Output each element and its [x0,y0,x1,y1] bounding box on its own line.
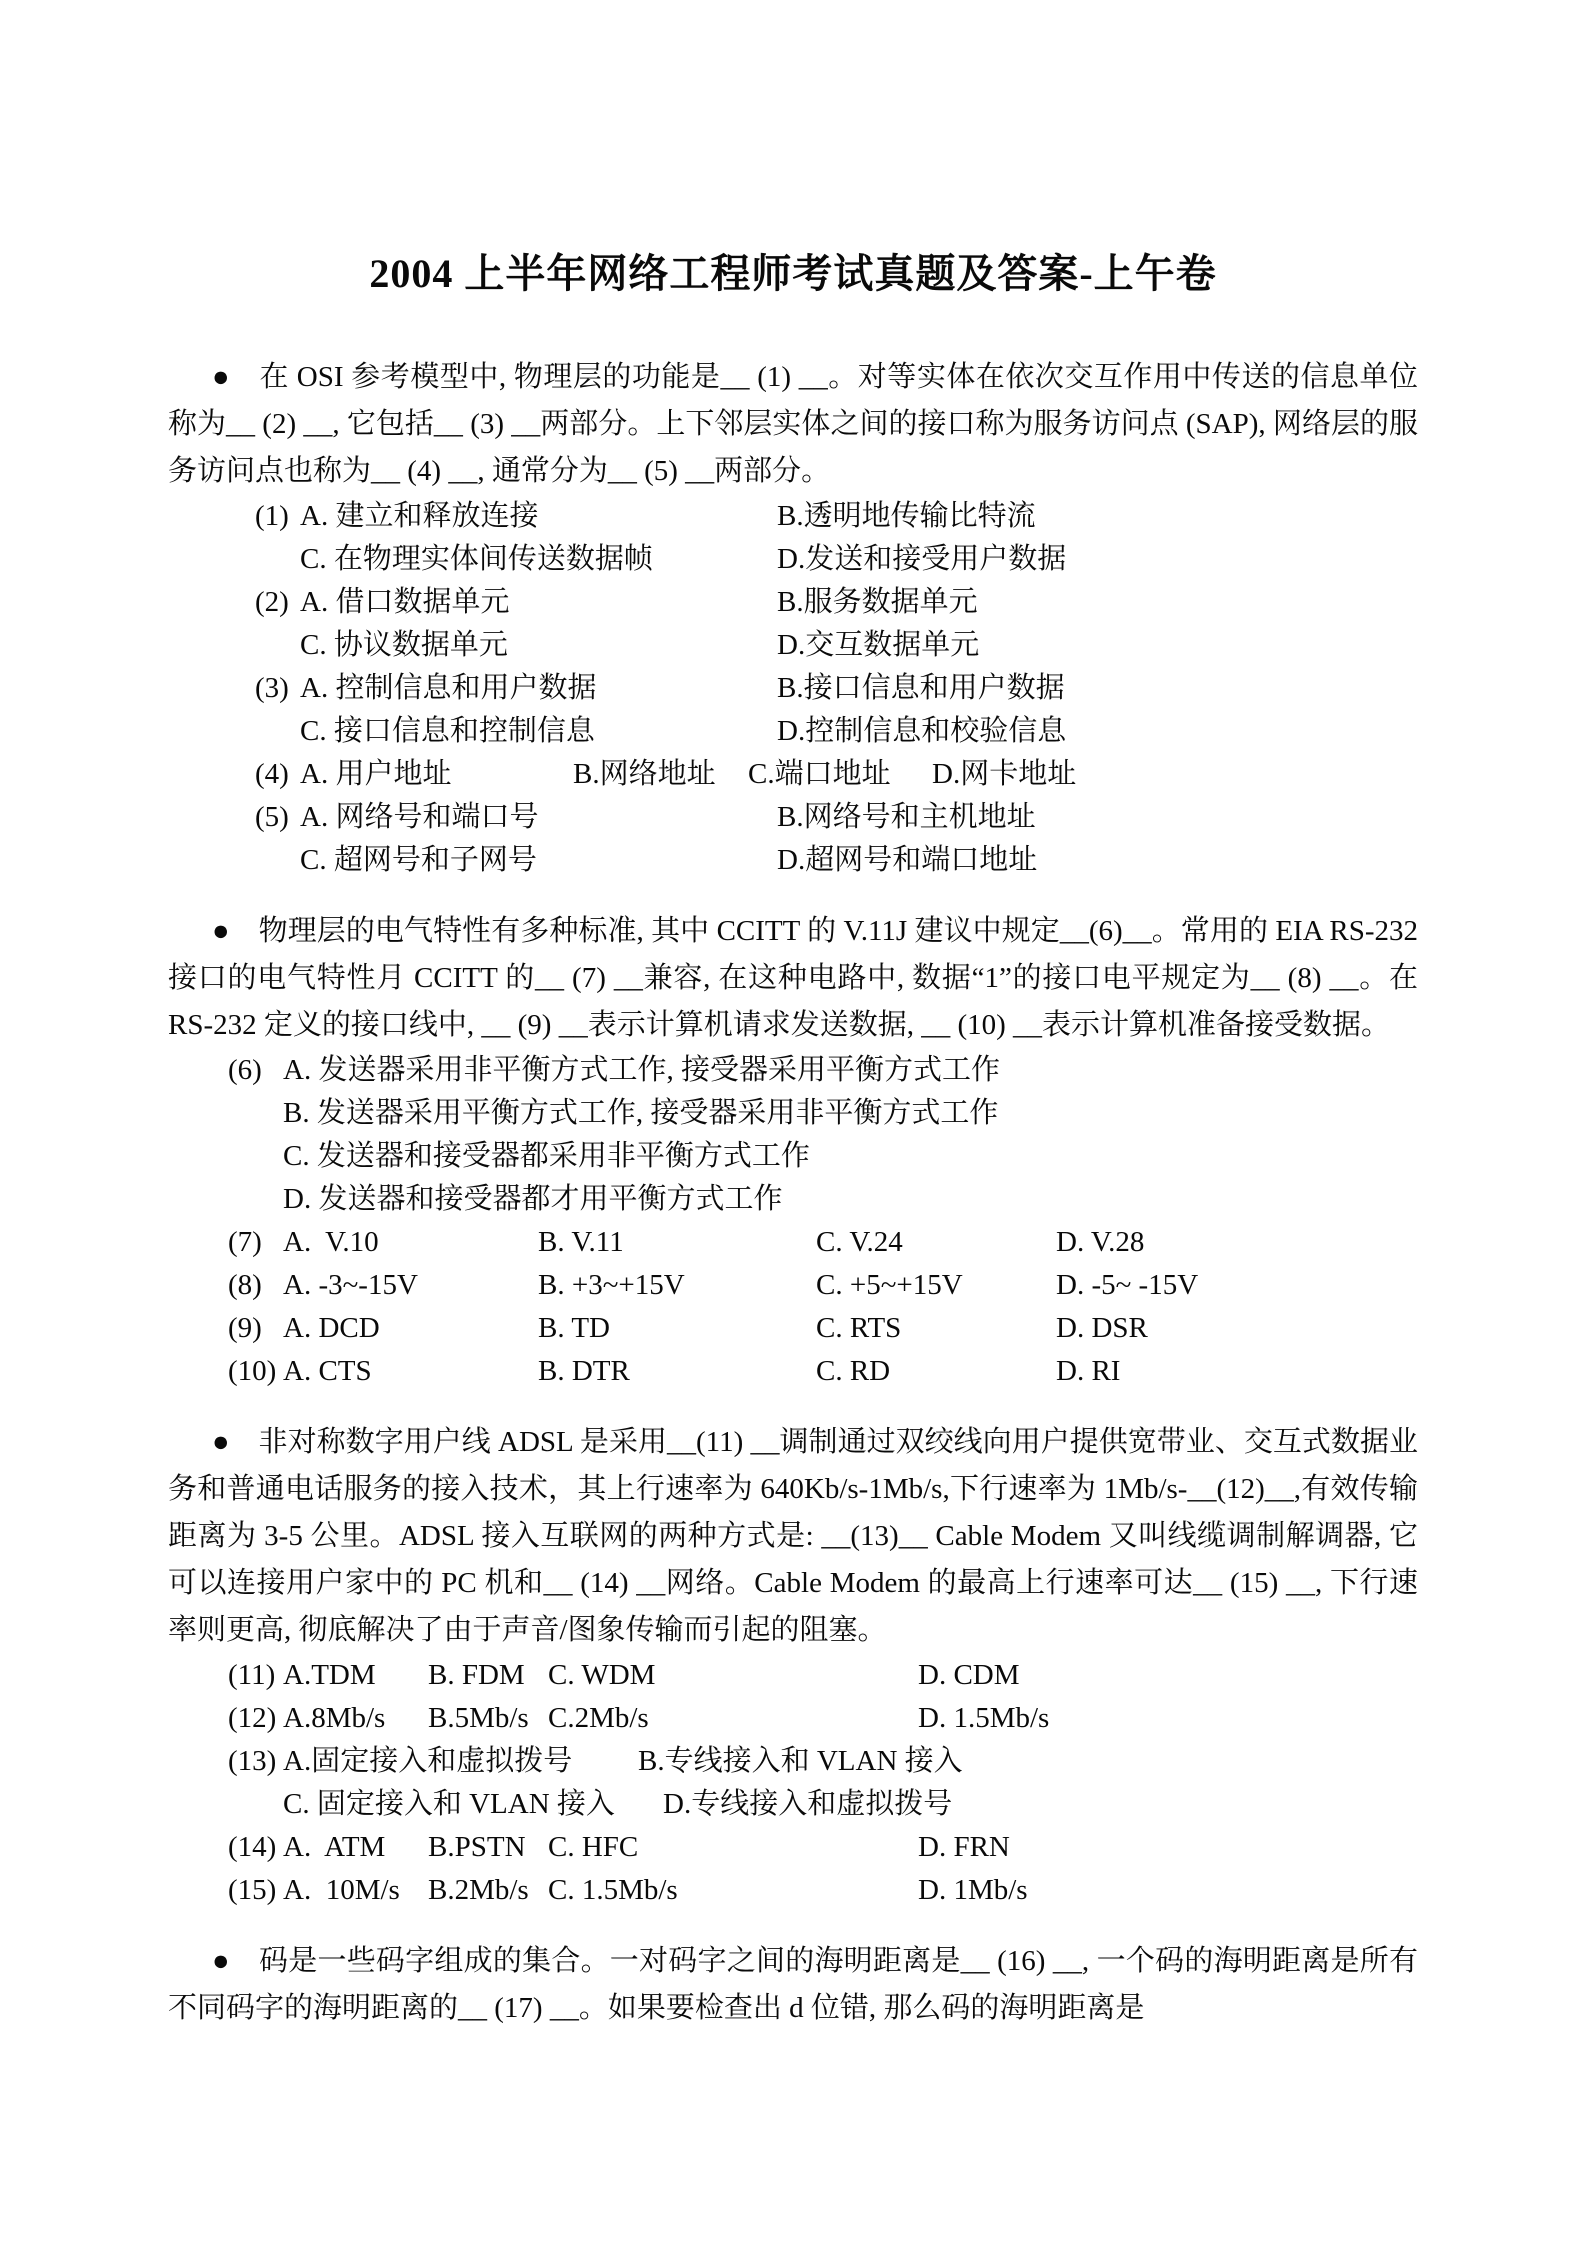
option-line: (14)A. ATMB.PSTNC. HFCD. FRN [168,1826,1418,1869]
option-item: A.固定接入和虚拟拨号 [283,1740,638,1783]
option-item: C.2Mb/s [548,1697,918,1740]
option-line: C. 在物理实体间传送数据帧D.发送和接受用户数据 [168,538,1418,581]
questions-container: ● 在 OSI 参考模型中, 物理层的功能是__ (1) __。对等实体在依次交… [168,354,1418,2032]
option-number: (15) [228,1869,283,1912]
option-item: B.接口信息和用户数据 [777,667,1065,710]
option-line: C. 固定接入和 VLAN 接入D.专线接入和虚拟拨号 [168,1783,1418,1826]
option-number: (7) [228,1221,283,1264]
option-item: A. 借口数据单元 [300,581,777,624]
option-item: A.TDM [283,1654,428,1697]
option-line: B. 发送器采用平衡方式工作, 接受器采用非平衡方式工作 [168,1092,1418,1135]
option-item: D.超网号和端口地址 [777,839,1037,882]
option-number: (4) [255,753,300,796]
option-item: A. ATM [283,1826,428,1869]
option-number: (11) [228,1654,283,1697]
option-number: (3) [255,667,300,710]
option-item: C. 固定接入和 VLAN 接入 [283,1783,663,1826]
option-item: C. 协议数据单元 [300,624,777,667]
option-item: C. 发送器和接受器都采用非平衡方式工作 [283,1135,810,1178]
question-stem: ● 码是一些码字组成的集合。一对码字之间的海明距离是__ (16) __, 一个… [168,1938,1418,2032]
option-item: A. DCD [283,1307,538,1350]
option-number: (13) [228,1740,283,1783]
option-number: (2) [255,581,300,624]
option-line: (13)A.固定接入和虚拟拨号B.专线接入和 VLAN 接入 [168,1740,1418,1783]
option-number: (9) [228,1307,283,1350]
option-item: A. 建立和释放连接 [300,495,777,538]
exam-document-page: 2004 上半年网络工程师考试真题及答案-上午卷 ● 在 OSI 参考模型中, … [0,0,1586,2244]
option-item: B. 发送器采用平衡方式工作, 接受器采用非平衡方式工作 [283,1092,998,1135]
option-item: C. WDM [548,1654,918,1697]
question-block: ● 在 OSI 参考模型中, 物理层的功能是__ (1) __。对等实体在依次交… [168,354,1418,882]
option-item: B. DTR [538,1350,816,1393]
option-item: C. HFC [548,1826,918,1869]
option-item: D. FRN [918,1826,1010,1869]
option-item: D. 1Mb/s [918,1869,1028,1912]
option-item: D. V.28 [1056,1221,1144,1264]
option-item: A.8Mb/s [283,1697,428,1740]
option-line: (2)A. 借口数据单元B.服务数据单元 [168,581,1418,624]
option-item: A. 发送器采用非平衡方式工作, 接受器采用平衡方式工作 [283,1049,1000,1092]
option-line: (11)A.TDMB. FDMC. WDMD. CDM [168,1654,1418,1697]
option-item: D. -5~ -15V [1056,1264,1198,1307]
question-block: ● 物理层的电气特性有多种标准, 其中 CCITT 的 V.11J 建议中规定_… [168,908,1418,1393]
document-title: 2004 上半年网络工程师考试真题及答案-上午卷 [168,250,1418,298]
option-line: C. 超网号和子网号D.超网号和端口地址 [168,839,1418,882]
option-line: (7)A. V.10B. V.11C. V.24D. V.28 [168,1221,1418,1264]
option-item: D. CDM [918,1654,1020,1697]
option-item: A. CTS [283,1350,538,1393]
option-item: A. V.10 [283,1221,538,1264]
option-number: (5) [255,796,300,839]
option-line: C. 发送器和接受器都采用非平衡方式工作 [168,1135,1418,1178]
option-item: B.专线接入和 VLAN 接入 [638,1740,963,1783]
option-item: B. +3~+15V [538,1264,816,1307]
option-line: (1)A. 建立和释放连接B.透明地传输比特流 [168,495,1418,538]
option-item: B.PSTN [428,1826,548,1869]
option-item: B. TD [538,1307,816,1350]
option-line: (8)A. -3~-15VB. +3~+15VC. +5~+15VD. -5~ … [168,1264,1418,1307]
option-item: C. +5~+15V [816,1264,1056,1307]
option-line: (10)A. CTSB. DTRC. RDD. RI [168,1350,1418,1393]
option-item: A. -3~-15V [283,1264,538,1307]
option-item: B.网络地址 [573,753,748,796]
option-item: D.发送和接受用户数据 [777,538,1066,581]
option-line: (5)A. 网络号和端口号B.网络号和主机地址 [168,796,1418,839]
option-item: A. 10M/s [283,1869,428,1912]
option-item: C. 在物理实体间传送数据帧 [300,538,777,581]
option-item: D. DSR [1056,1307,1148,1350]
option-line: (9)A. DCDB. TDC. RTSD. DSR [168,1307,1418,1350]
option-line: (4)A. 用户地址B.网络地址C.端口地址D.网卡地址 [168,753,1418,796]
option-item: C. V.24 [816,1221,1056,1264]
option-item: D.网卡地址 [932,753,1076,796]
option-number: (14) [228,1826,283,1869]
question-stem: ● 非对称数字用户线 ADSL 是采用__(11) __调制通过双绞线向用户提供… [168,1419,1418,1654]
option-item: B.5Mb/s [428,1697,548,1740]
option-number: (8) [228,1264,283,1307]
option-item: C. 超网号和子网号 [300,839,777,882]
option-item: C. 接口信息和控制信息 [300,710,777,753]
option-item: C. 1.5Mb/s [548,1869,918,1912]
option-item: D.专线接入和虚拟拨号 [663,1783,952,1826]
option-item: C. RTS [816,1307,1056,1350]
option-item: B. V.11 [538,1221,816,1264]
option-item: A. 控制信息和用户数据 [300,667,777,710]
option-line: (6)A. 发送器采用非平衡方式工作, 接受器采用平衡方式工作 [168,1049,1418,1092]
option-item: C.端口地址 [748,753,932,796]
option-item: B.网络号和主机地址 [777,796,1036,839]
option-item: B.透明地传输比特流 [777,495,1036,538]
question-block: ● 非对称数字用户线 ADSL 是采用__(11) __调制通过双绞线向用户提供… [168,1419,1418,1912]
option-item: D.交互数据单元 [777,624,979,667]
option-item: A. 用户地址 [300,753,573,796]
option-item: B.2Mb/s [428,1869,548,1912]
option-item: B.服务数据单元 [777,581,978,624]
option-line: C. 协议数据单元D.交互数据单元 [168,624,1418,667]
option-line: D. 发送器和接受器都才用平衡方式工作 [168,1178,1418,1221]
option-number: (6) [228,1049,283,1092]
option-number: (10) [228,1350,283,1393]
option-line: C. 接口信息和控制信息D.控制信息和校验信息 [168,710,1418,753]
option-number: (12) [228,1697,283,1740]
option-item: C. RD [816,1350,1056,1393]
option-line: (3)A. 控制信息和用户数据B.接口信息和用户数据 [168,667,1418,710]
question-block: ● 码是一些码字组成的集合。一对码字之间的海明距离是__ (16) __, 一个… [168,1938,1418,2032]
option-item: D. 1.5Mb/s [918,1697,1049,1740]
option-line: (15)A. 10M/sB.2Mb/sC. 1.5Mb/sD. 1Mb/s [168,1869,1418,1912]
option-item: D. RI [1056,1350,1120,1393]
question-stem: ● 物理层的电气特性有多种标准, 其中 CCITT 的 V.11J 建议中规定_… [168,908,1418,1049]
option-line: (12)A.8Mb/sB.5Mb/sC.2Mb/sD. 1.5Mb/s [168,1697,1418,1740]
question-stem: ● 在 OSI 参考模型中, 物理层的功能是__ (1) __。对等实体在依次交… [168,354,1418,495]
option-item: D. 发送器和接受器都才用平衡方式工作 [283,1178,782,1221]
option-item: A. 网络号和端口号 [300,796,777,839]
option-item: B. FDM [428,1654,548,1697]
option-number: (1) [255,495,300,538]
option-item: D.控制信息和校验信息 [777,710,1066,753]
